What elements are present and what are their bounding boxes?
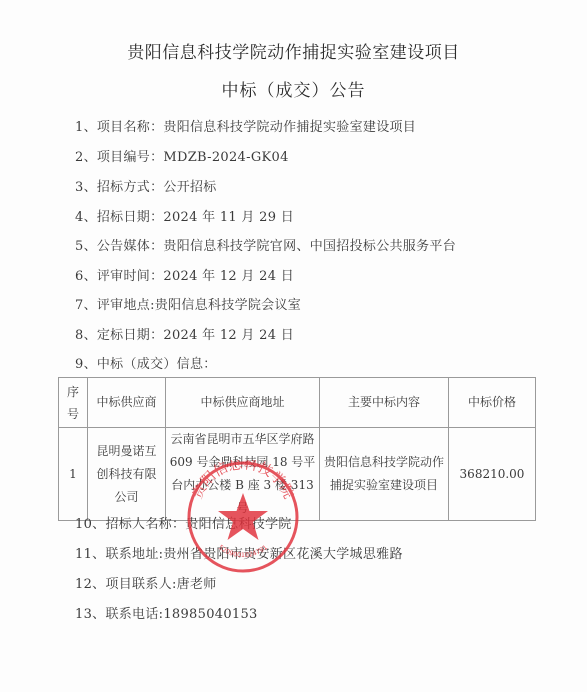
award-table-header: 序 号 中标供应商 中标供应商地址 主要中标内容 中标价格 [59,378,536,428]
item-number: 2、 [75,150,97,165]
header-price: 中标价格 [449,378,536,428]
item-contact-phone: 13、联系电话:18985040153 [75,603,258,622]
item-value: 贵阳信息科技学院 [185,517,291,532]
item-contact-person: 12、项目联系人:唐老师 [75,573,217,592]
item-number: 6、 [75,269,97,284]
item-number: 4、 [75,210,97,225]
header-seq-line1: 序 [67,385,79,399]
item-value: MDZB-2024-GK04 [163,150,288,165]
item-label: 定标日期： [97,328,164,343]
item-value: 贵阳信息科技学院官网、中国招投标公共服务平台 [163,239,456,254]
item-number: 13、 [75,607,105,622]
item-value: 唐老师 [177,577,217,592]
item-label: 招标日期： [97,210,164,225]
item-label: 公告媒体： [97,239,164,254]
item-number: 10、 [75,517,105,532]
announcement-page: 贵阳信息科技学院动作捕捉实验室建设项目 中标（成交）公告 1、项目名称：贵阳信息… [0,0,587,692]
item-number: 11、 [75,547,105,562]
item-label: 项目联系人: [105,577,176,592]
item-award-date: 8、定标日期：2024 年 12 月 24 日 [75,324,294,343]
item-number: 12、 [75,577,105,592]
award-table: 序 号 中标供应商 中标供应商地址 主要中标内容 中标价格 1 昆明曼诺互创科技… [58,377,536,521]
item-review-time: 6、评审时间：2024 年 12 月 24 日 [75,265,294,284]
item-value: 2024 年 12 月 24 日 [163,328,294,343]
item-label: 联系电话: [105,607,163,622]
cell-price: 368210.00 [449,428,536,521]
item-tenderer-name: 10、招标人名称：贵阳信息科技学院 [75,513,292,532]
item-number: 3、 [75,180,97,195]
item-label: 联系地址: [105,547,163,562]
cell-main-content: 贵阳信息科技学院动作捕捉实验室建设项目 [320,428,449,521]
item-tender-method: 3、招标方式：公开招标 [75,176,217,195]
header-seq: 序 号 [59,378,88,428]
header-main-content: 主要中标内容 [320,378,449,428]
item-tender-date: 4、招标日期：2024 年 11 月 29 日 [75,206,294,225]
item-award-info: 9、中标（成交）信息： [75,353,217,372]
item-label: 项目编号： [97,150,164,165]
item-announcement-media: 5、公告媒体：贵阳信息科技学院官网、中国招投标公共服务平台 [75,235,456,254]
item-value: 2024 年 11 月 29 日 [163,210,294,225]
item-number: 5、 [75,239,97,254]
item-number: 7、 [75,298,97,313]
item-value: 贵阳信息科技学院会议室 [155,298,301,313]
cell-supplier-address: 云南省昆明市五华区学府路609 号金鼎科技园 18 号平台内办公楼 B 座 3 … [166,428,320,521]
item-label: 招标方式： [97,180,164,195]
document-subtitle: 中标（成交）公告 [0,76,587,101]
cell-seq: 1 [59,428,88,521]
header-seq-line2: 号 [67,407,79,421]
header-supplier: 中标供应商 [88,378,166,428]
item-value: 18985040153 [163,607,257,622]
item-label: 中标（成交）信息： [97,357,217,372]
item-value: 2024 年 12 月 24 日 [163,269,294,284]
item-project-number: 2、项目编号：MDZB-2024-GK04 [75,146,289,165]
item-value: 公开招标 [163,180,216,195]
item-label: 评审地点: [97,298,155,313]
cell-supplier: 昆明曼诺互创科技有限公司 [88,428,166,521]
item-project-name: 1、项目名称：贵阳信息科技学院动作捕捉实验室建设项目 [75,116,416,135]
item-contact-address: 11、联系地址:贵州省贵阳市贵安新区花溪大学城思雅路 [75,543,403,562]
item-label: 招标人名称： [105,517,185,532]
item-label: 评审时间： [97,269,164,284]
item-value: 贵阳信息科技学院动作捕捉实验室建设项目 [163,120,416,135]
document-title: 贵阳信息科技学院动作捕捉实验室建设项目 [0,38,587,63]
table-row: 1 昆明曼诺互创科技有限公司 云南省昆明市五华区学府路609 号金鼎科技园 18… [59,428,536,521]
item-number: 9、 [75,357,97,372]
item-value: 贵州省贵阳市贵安新区花溪大学城思雅路 [163,547,402,562]
item-label: 项目名称： [97,120,164,135]
item-number: 8、 [75,328,97,343]
header-supplier-address: 中标供应商地址 [166,378,320,428]
item-number: 1、 [75,120,97,135]
item-review-location: 7、评审地点:贵阳信息科技学院会议室 [75,294,301,313]
